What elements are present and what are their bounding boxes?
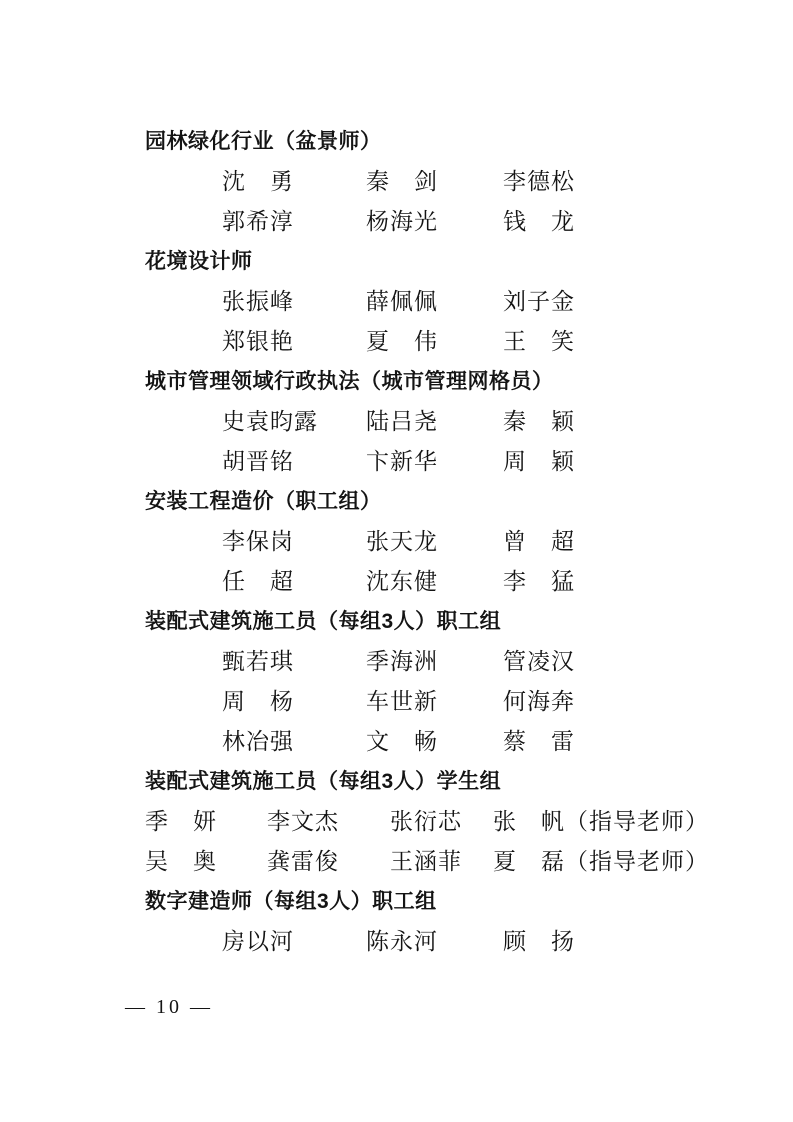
awardee-name: 季海洲 [366,642,503,682]
section-title: 园林绿化行业（盆景师） [145,122,793,162]
awardee-name: 沈东健 [366,562,503,602]
awardee-name: 薛佩佩 [366,282,503,322]
section-title: 数字建造师（每组3人）职工组 [145,882,793,922]
section-title: 花境设计师 [145,242,793,282]
awardee-name: 秦 剑 [366,162,503,202]
award-section: 城市管理领域行政执法（城市管理网格员） 史袁昀露 陆吕尧 秦 颖 胡晋铭 卞新华… [0,362,793,482]
awardee-name: 蔡 雷 [503,722,793,762]
name-row: 史袁昀露 陆吕尧 秦 颖 [222,402,793,442]
awardee-name: 甄若琪 [222,642,366,682]
name-row: 沈 勇 秦 剑 李德松 [222,162,793,202]
name-row: 吴 奥 龚雷俊 王涵菲 夏 磊（指导老师） [145,842,793,882]
awardee-name: 钱 龙 [503,202,793,242]
awardee-name: 龚雷俊 [267,842,390,882]
section-title: 装配式建筑施工员（每组3人）职工组 [145,602,793,642]
awardee-name-with-advisor: 夏 磊（指导老师） [493,842,793,882]
awardee-name: 卞新华 [366,442,503,482]
name-row: 季 妍 李文杰 张衍芯 张 帆（指导老师） [145,802,793,842]
awardee-name: 房以河 [222,922,366,962]
name-row: 郭希淳 杨海光 钱 龙 [222,202,793,242]
awardee-name: 王涵菲 [390,842,493,882]
awardee-name: 曾 超 [503,522,793,562]
awardee-name: 文 畅 [366,722,503,762]
name-row: 张振峰 薛佩佩 刘子金 [222,282,793,322]
award-list: 园林绿化行业（盆景师） 沈 勇 秦 剑 李德松 郭希淳 杨海光 钱 龙 花境设计… [0,0,793,1022]
name-row: 林冶强 文 畅 蔡 雷 [222,722,793,762]
awardee-name: 陆吕尧 [366,402,503,442]
awardee-name: 车世新 [366,682,503,722]
awardee-name: 林冶强 [222,722,366,762]
awardee-name: 李德松 [503,162,793,202]
award-section: 安装工程造价（职工组） 李保岗 张天龙 曾 超 任 超 沈东健 李 猛 [0,482,793,602]
awardee-name: 张振峰 [222,282,366,322]
award-section: 园林绿化行业（盆景师） 沈 勇 秦 剑 李德松 郭希淳 杨海光 钱 龙 [0,122,793,242]
awardee-name: 周 颖 [503,442,793,482]
awardee-name: 张衍芯 [390,802,493,842]
awardee-name: 顾 扬 [503,922,793,962]
award-section: 装配式建筑施工员（每组3人）学生组 季 妍 李文杰 张衍芯 张 帆（指导老师） … [0,762,793,882]
awardee-name: 何海奔 [503,682,793,722]
awardee-name: 杨海光 [366,202,503,242]
awardee-name-with-advisor: 张 帆（指导老师） [493,802,793,842]
page-number: — 10 — [125,996,213,1018]
awardee-name: 管凌汉 [503,642,793,682]
awardee-name: 刘子金 [503,282,793,322]
name-row: 甄若琪 季海洲 管凌汉 [222,642,793,682]
awardee-name: 郑银艳 [222,322,366,362]
awardee-name: 陈永河 [366,922,503,962]
awardee-name: 李保岗 [222,522,366,562]
awardee-name: 季 妍 [145,802,267,842]
award-section: 数字建造师（每组3人）职工组 房以河 陈永河 顾 扬 [0,882,793,962]
awardee-name: 秦 颖 [503,402,793,442]
name-row: 郑银艳 夏 伟 王 笑 [222,322,793,362]
name-row: 房以河 陈永河 顾 扬 [222,922,793,962]
section-title: 装配式建筑施工员（每组3人）学生组 [145,762,793,802]
awardee-name: 任 超 [222,562,366,602]
awardee-name: 郭希淳 [222,202,366,242]
awardee-name: 周 杨 [222,682,366,722]
name-row: 任 超 沈东健 李 猛 [222,562,793,602]
awardee-name: 史袁昀露 [222,402,366,442]
award-section: 装配式建筑施工员（每组3人）职工组 甄若琪 季海洲 管凌汉 周 杨 车世新 何海… [0,602,793,762]
awardee-name: 李文杰 [267,802,390,842]
name-row: 周 杨 车世新 何海奔 [222,682,793,722]
name-row: 李保岗 张天龙 曾 超 [222,522,793,562]
page-footer: — 10 — [125,992,793,1022]
awardee-name: 张天龙 [366,522,503,562]
awardee-name: 沈 勇 [222,162,366,202]
section-title: 城市管理领域行政执法（城市管理网格员） [145,362,793,402]
document-page: 园林绿化行业（盆景师） 沈 勇 秦 剑 李德松 郭希淳 杨海光 钱 龙 花境设计… [0,0,793,1122]
name-row: 胡晋铭 卞新华 周 颖 [222,442,793,482]
award-section: 花境设计师 张振峰 薛佩佩 刘子金 郑银艳 夏 伟 王 笑 [0,242,793,362]
awardee-name: 胡晋铭 [222,442,366,482]
awardee-name: 夏 伟 [366,322,503,362]
section-title: 安装工程造价（职工组） [145,482,793,522]
awardee-name: 李 猛 [503,562,793,602]
awardee-name: 吴 奥 [145,842,267,882]
awardee-name: 王 笑 [503,322,793,362]
